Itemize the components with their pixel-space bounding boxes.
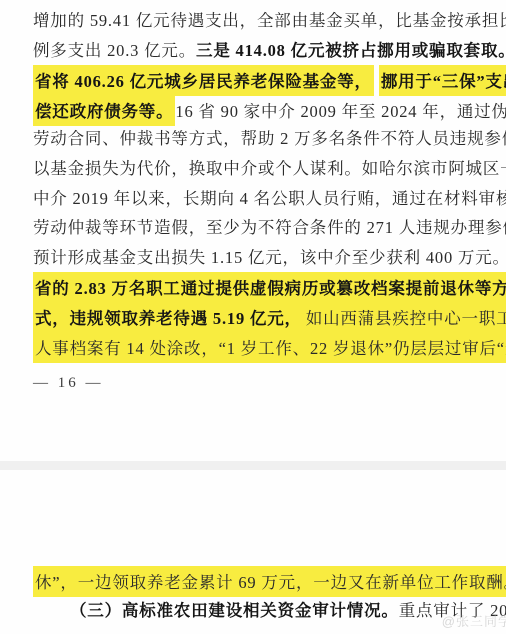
- text-segment: 16 省 90 家中介 2009 年至 2024 年，通过伪造: [175, 98, 506, 122]
- report-line: 劳动合同、仲裁书等方式，帮助 2 万多名条件不符人员违规参保，: [33, 124, 474, 154]
- section-heading-segment: （三）高标准农田建设相关资金审计情况。: [70, 597, 399, 621]
- text-segment: 增加的 59.41 亿元待遇支出，全部由基金买单，比基金按承担比: [33, 7, 506, 31]
- bold-text-segment: 三是 414.08 亿元被挤占挪用或骗取套取。: [196, 37, 506, 61]
- scanned-report-page: 增加的 59.41 亿元待遇支出，全部由基金买单，比基金按承担比 例多支出 20…: [0, 0, 506, 634]
- text-segment: 预计形成基金支出损失 1.15 亿元，该中介至少获利 400 万元。: [33, 244, 506, 268]
- highlighted-text-segment: 挪用于“三保”支出、: [379, 65, 506, 96]
- text-segment: 中介 2019 年以来，长期向 4 名公职人员行贿，通过在材料审核、: [33, 185, 506, 209]
- next-page-body: 休”，一边领取养老金累计 69 万元，一边又在新单位工作取酬。 （三）高标准农田…: [0, 566, 506, 626]
- highlighted-text-segment: 省将 406.26 亿元城乡居民养老保险基金等，: [33, 65, 374, 96]
- report-line: 预计形成基金支出损失 1.15 亿元，该中介至少获利 400 万元。25: [33, 243, 474, 273]
- report-line: （三）高标准农田建设相关资金审计情况。重点审计了 20 省: [33, 596, 474, 626]
- text-segment: 劳动合同、仲裁书等方式，帮助 2 万多名条件不符人员违规参保，: [33, 125, 506, 149]
- report-line: 劳动仲裁等环节造假，至少为不符合条件的 271 人违规办理参保，: [33, 213, 474, 243]
- report-line: 人事档案有 14 处涂改，“1 岁工作、22 岁退休”仍层层过审后“退: [33, 332, 474, 362]
- highlighted-text-segment: 省的 2.83 万名职工通过提供虚假病历或篡改档案提前退休等方: [33, 272, 506, 303]
- report-line: 省的 2.83 万名职工通过提供虚假病历或篡改档案提前退休等方: [33, 272, 474, 302]
- report-line: 式，违规领取养老待遇 5.19 亿元，如山西蒲县疾控中心一职工的: [33, 302, 474, 332]
- scan-stitch-divider: [0, 461, 506, 470]
- report-line: 中介 2019 年以来，长期向 4 名公职人员行贿，通过在材料审核、: [33, 184, 474, 214]
- text-segment: 例多支出 20.3 亿元。: [33, 37, 196, 61]
- report-line: 省将 406.26 亿元城乡居民养老保险基金等，挪用于“三保”支出、: [33, 65, 474, 95]
- report-line: 休”，一边领取养老金累计 69 万元，一边又在新单位工作取酬。: [33, 566, 474, 596]
- text-segment: 以基金损失为代价，换取中介或个人谋利。如哈尔滨市阿城区一: [33, 155, 506, 179]
- highlighted-text-segment: 式，违规领取养老待遇 5.19 亿元，: [33, 302, 304, 333]
- page-number: — 16 —: [33, 375, 474, 392]
- report-line: 偿还政府债务等。16 省 90 家中介 2009 年至 2024 年，通过伪造: [33, 95, 474, 125]
- report-line: 以基金损失为代价，换取中介或个人谋利。如哈尔滨市阿城区一: [33, 154, 474, 184]
- watermark-text: @张三同学: [442, 611, 506, 630]
- highlighted-text-segment: 偿还政府债务等。: [33, 95, 175, 126]
- highlighted-text-segment: 如山西蒲县疾控中心一职工的: [304, 302, 506, 333]
- page-16-body: 增加的 59.41 亿元待遇支出，全部由基金买单，比基金按承担比 例多支出 20…: [0, 0, 506, 392]
- report-line: 增加的 59.41 亿元待遇支出，全部由基金买单，比基金按承担比: [33, 6, 474, 36]
- report-line: 例多支出 20.3 亿元。三是 414.08 亿元被挤占挪用或骗取套取。13: [33, 36, 474, 66]
- highlighted-text-segment: 休”，一边领取养老金累计 69 万元，一边又在新单位工作取酬。: [33, 566, 506, 597]
- highlighted-text-segment: 人事档案有 14 处涂改，“1 岁工作、22 岁退休”仍层层过审后“退: [33, 332, 506, 363]
- text-segment: 劳动仲裁等环节造假，至少为不符合条件的 271 人违规办理参保，: [33, 214, 506, 238]
